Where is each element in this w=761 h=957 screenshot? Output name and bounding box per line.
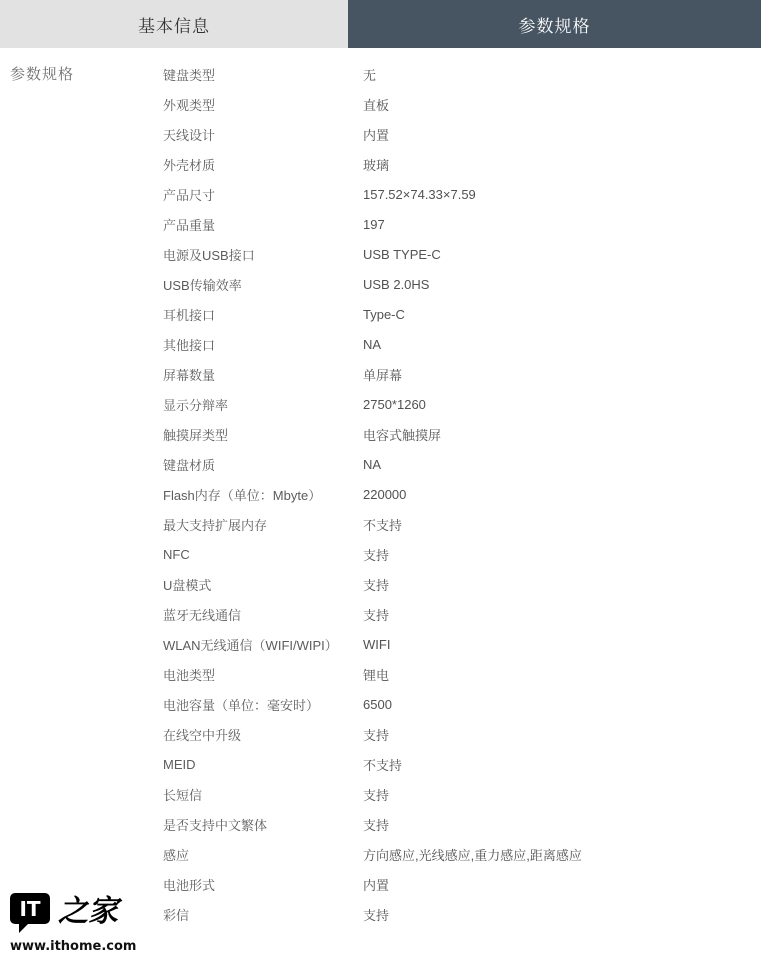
- spec-label: 长短信: [163, 785, 363, 804]
- spec-value: 玻璃: [363, 155, 753, 174]
- spec-value: 单屏幕: [363, 365, 753, 384]
- table-row: 最大支持扩展内存 不支持: [163, 509, 753, 539]
- table-row: 电池形式 内置: [163, 869, 753, 899]
- table-row: 是否支持中文繁体 支持: [163, 809, 753, 839]
- spec-label: 屏幕数量: [163, 365, 363, 384]
- spec-label: 其他接口: [163, 335, 363, 354]
- spec-label: WLAN无线通信（WIFI/WIPI）: [163, 635, 363, 654]
- spec-label: 产品尺寸: [163, 185, 363, 204]
- table-row: 电源及USB接口 USB TYPE-C: [163, 239, 753, 269]
- spec-value: 锂电: [363, 665, 753, 684]
- section-title: 参数规格: [10, 63, 74, 84]
- spec-label: 显示分辩率: [163, 395, 363, 414]
- spec-table: 键盘类型 无 外观类型 直板 天线设计 内置 外壳材质 玻璃 产品尺寸 157.…: [163, 59, 753, 929]
- table-row: MEID 不支持: [163, 749, 753, 779]
- spec-value: 不支持: [363, 515, 753, 534]
- spec-value: 支持: [363, 815, 753, 834]
- spec-value: 2750*1260: [363, 397, 753, 412]
- table-row: 电池容量（单位：毫安时） 6500: [163, 689, 753, 719]
- ithome-logo-mark: IT 之家: [10, 891, 130, 935]
- spec-label: 蓝牙无线通信: [163, 605, 363, 624]
- spec-value: 无: [363, 65, 753, 84]
- tab-basic-info[interactable]: 基本信息: [0, 0, 348, 48]
- spec-label: 电池形式: [163, 875, 363, 894]
- table-row: USB传输效率 USB 2.0HS: [163, 269, 753, 299]
- spec-label: 是否支持中文繁体: [163, 815, 363, 834]
- table-row: Flash内存（单位：Mbyte） 220000: [163, 479, 753, 509]
- spec-value: NA: [363, 457, 753, 472]
- spec-label: USB传输效率: [163, 275, 363, 294]
- spec-value: USB TYPE-C: [363, 247, 753, 262]
- spec-label: 感应: [163, 845, 363, 864]
- spec-label: Flash内存（单位：Mbyte）: [163, 485, 363, 504]
- table-row: 键盘材质 NA: [163, 449, 753, 479]
- table-row: 其他接口 NA: [163, 329, 753, 359]
- table-row: 在线空中升级 支持: [163, 719, 753, 749]
- table-row: 彩信 支持: [163, 899, 753, 929]
- spec-label: NFC: [163, 547, 363, 562]
- spec-label: 外壳材质: [163, 155, 363, 174]
- table-row: 感应 方向感应,光线感应,重力感应,距离感应: [163, 839, 753, 869]
- spec-label: MEID: [163, 757, 363, 772]
- spec-label: 外观类型: [163, 95, 363, 114]
- spec-content: 参数规格 键盘类型 无 外观类型 直板 天线设计 内置 外壳材质 玻璃 产品尺寸…: [0, 48, 761, 957]
- table-row: 键盘类型 无: [163, 59, 753, 89]
- spec-label: U盘模式: [163, 575, 363, 594]
- spec-label: 在线空中升级: [163, 725, 363, 744]
- spec-value: 内置: [363, 875, 753, 894]
- spec-value: 197: [363, 217, 753, 232]
- spec-value: 方向感应,光线感应,重力感应,距离感应: [363, 845, 753, 864]
- spec-value: USB 2.0HS: [363, 277, 753, 292]
- table-row: 天线设计 内置: [163, 119, 753, 149]
- spec-label: 彩信: [163, 905, 363, 924]
- table-row: 产品重量 197: [163, 209, 753, 239]
- spec-value: 电容式触摸屏: [363, 425, 753, 444]
- spec-value: 内置: [363, 125, 753, 144]
- spec-label: 耳机接口: [163, 305, 363, 324]
- table-row: 电池类型 锂电: [163, 659, 753, 689]
- spec-value: WIFI: [363, 637, 753, 652]
- spec-label: 电池容量（单位：毫安时）: [163, 695, 363, 714]
- spec-value: 不支持: [363, 755, 753, 774]
- spec-value: 支持: [363, 605, 753, 624]
- tab-specs[interactable]: 参数规格: [348, 0, 761, 48]
- spec-value: 支持: [363, 785, 753, 804]
- table-row: NFC 支持: [163, 539, 753, 569]
- spec-label: 产品重量: [163, 215, 363, 234]
- table-row: 耳机接口 Type-C: [163, 299, 753, 329]
- it-logo-text: IT: [19, 897, 40, 921]
- table-row: 外壳材质 玻璃: [163, 149, 753, 179]
- table-row: 屏幕数量 单屏幕: [163, 359, 753, 389]
- table-row: 显示分辩率 2750*1260: [163, 389, 753, 419]
- spec-label: 电池类型: [163, 665, 363, 684]
- ithome-url: www.ithome.com: [10, 939, 130, 954]
- spec-value: 157.52×74.33×7.59: [363, 187, 753, 202]
- spec-label: 触摸屏类型: [163, 425, 363, 444]
- table-row: 产品尺寸 157.52×74.33×7.59: [163, 179, 753, 209]
- spec-value: 220000: [363, 487, 753, 502]
- spec-value: 6500: [363, 697, 753, 712]
- ithome-logo: IT 之家 www.ithome.com: [10, 891, 130, 953]
- table-row: 长短信 支持: [163, 779, 753, 809]
- spec-value: 直板: [363, 95, 753, 114]
- spec-value: NA: [363, 337, 753, 352]
- spec-value: 支持: [363, 545, 753, 564]
- table-row: 触摸屏类型 电容式触摸屏: [163, 419, 753, 449]
- it-speech-bubble-icon: IT: [10, 893, 50, 924]
- table-row: U盘模式 支持: [163, 569, 753, 599]
- spec-value: Type-C: [363, 307, 753, 322]
- spec-value: 支持: [363, 725, 753, 744]
- zhijia-calligraphy: 之家: [58, 891, 118, 933]
- spec-label: 键盘材质: [163, 455, 363, 474]
- spec-label: 最大支持扩展内存: [163, 515, 363, 534]
- spec-label: 键盘类型: [163, 65, 363, 84]
- tab-bar: 基本信息 参数规格: [0, 0, 761, 48]
- spec-value: 支持: [363, 905, 753, 924]
- table-row: 外观类型 直板: [163, 89, 753, 119]
- table-row: WLAN无线通信（WIFI/WIPI） WIFI: [163, 629, 753, 659]
- spec-label: 天线设计: [163, 125, 363, 144]
- spec-value: 支持: [363, 575, 753, 594]
- table-row: 蓝牙无线通信 支持: [163, 599, 753, 629]
- spec-label: 电源及USB接口: [163, 245, 363, 264]
